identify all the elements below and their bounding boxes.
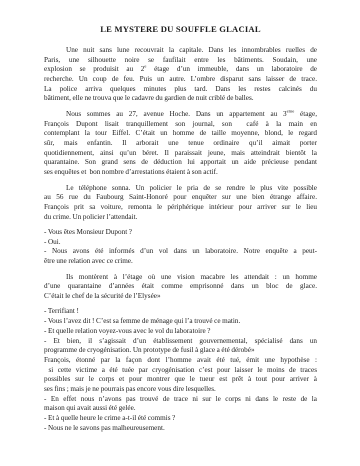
- text-line: ses fins ; mais je ne pourrais pas encor…: [44, 385, 317, 395]
- dialogue-block: - Terrifiant !- Vous l’avez dit ! C’est …: [44, 307, 317, 433]
- text-line: La police arriva quelques minutes plus t…: [44, 85, 317, 95]
- text-line: quarantaine. Son grand sens de déduction…: [44, 158, 317, 168]
- text-line: du crime. Un policier l’attendait.: [44, 213, 317, 223]
- text-line: - Et quelle relation voyez-vous avec le …: [44, 327, 317, 337]
- paragraph-block: Une nuit sans lune recouvrait la capital…: [44, 46, 317, 104]
- text-line: - Vous l’avez dit ! C’est sa femme de mé…: [44, 317, 317, 327]
- paragraph-block: Le téléphone sonna. Un policier le pria …: [44, 184, 317, 223]
- text-line: François Dupont lisait tranquillement so…: [44, 120, 317, 130]
- text-line: ses enquêtes et bon nombre d’arrestation…: [44, 168, 317, 178]
- text-line: Ils montèrent à l’étage où une vision ma…: [44, 273, 317, 283]
- text-line: C’était le chef de la sécurité de l’Elys…: [44, 292, 317, 302]
- text-line: programme de cryogénisation. Un prototyp…: [44, 346, 317, 356]
- text-line: d’une quarantaine d’années était comme e…: [44, 282, 317, 292]
- superscript-text: e: [144, 65, 146, 69]
- text-line: si cette victime a été tuée par cryogéni…: [44, 366, 317, 376]
- paragraph-block: Ils montèrent à l’étage où une vision ma…: [44, 273, 317, 302]
- text-line: Le téléphone sonna. Un policier le pria …: [44, 184, 317, 194]
- text-line: sûr, mais enfantin. Il arborait une tenu…: [44, 139, 317, 149]
- text-line: François prit sa voiture, remonta le pér…: [44, 203, 317, 213]
- dialogue-block: - Vous êtes Monsieur Dupont ?- Oui.- Nou…: [44, 228, 317, 267]
- document-title: LE MYSTERE DU SOUFFLE GLACIAL: [44, 24, 317, 34]
- text-line: recherche. Un coup de feu. Puis un autre…: [44, 75, 317, 85]
- text-line: Une nuit sans lune recouvrait la capital…: [44, 46, 317, 56]
- text-line: - En effet nous n’avons pas trouvé de tr…: [44, 395, 317, 405]
- text-line: - Vous êtes Monsieur Dupont ?: [44, 228, 317, 238]
- text-line: maison qui avait aussi été gelée.: [44, 404, 317, 414]
- text-line: - Et à quelle heure le crime a-t-il été …: [44, 414, 317, 424]
- text-line: - Nous ne le savons pas malheureusement.: [44, 424, 317, 434]
- document-content: LE MYSTERE DU SOUFFLE GLACIAL Une nuit s…: [44, 24, 317, 433]
- text-line: Nous sommes au 27, avenue Hoche. Dans un…: [44, 110, 317, 120]
- text-line: - Terrifiant !: [44, 307, 317, 317]
- superscript-text: ème: [287, 110, 295, 114]
- text-line: François, étonné par la façon dont l’hom…: [44, 356, 317, 366]
- text-line: quotidiennement, ainsi qu’un béret. Il p…: [44, 149, 317, 159]
- text-line: possibles sur le corps et pour montrer q…: [44, 375, 317, 385]
- text-line: - Nous avons été informés d’un vol dans …: [44, 247, 317, 257]
- text-line: - Et bien, il s’agissait d’un établissem…: [44, 337, 317, 347]
- paragraph-block: Nous sommes au 27, avenue Hoche. Dans un…: [44, 110, 317, 178]
- text-line: explosion se produisit au 2e étage d’un …: [44, 65, 317, 75]
- document-body: Une nuit sans lune recouvrait la capital…: [44, 46, 317, 433]
- text-line: bâtiment, elle ne trouva que le cadavre …: [44, 94, 317, 104]
- text-line: - Oui.: [44, 238, 317, 248]
- text-line: au 56 rue du Faubourg Saint-Honoré pour …: [44, 193, 317, 203]
- text-line: contemplant la tour Eiffel. C’était un h…: [44, 129, 317, 139]
- text-line: Paris, une silhouette noire se faufilait…: [44, 56, 317, 66]
- document-page: LE MYSTERE DU SOUFFLE GLACIAL Une nuit s…: [0, 0, 360, 466]
- text-line: être une relation avec ce crime.: [44, 257, 317, 267]
